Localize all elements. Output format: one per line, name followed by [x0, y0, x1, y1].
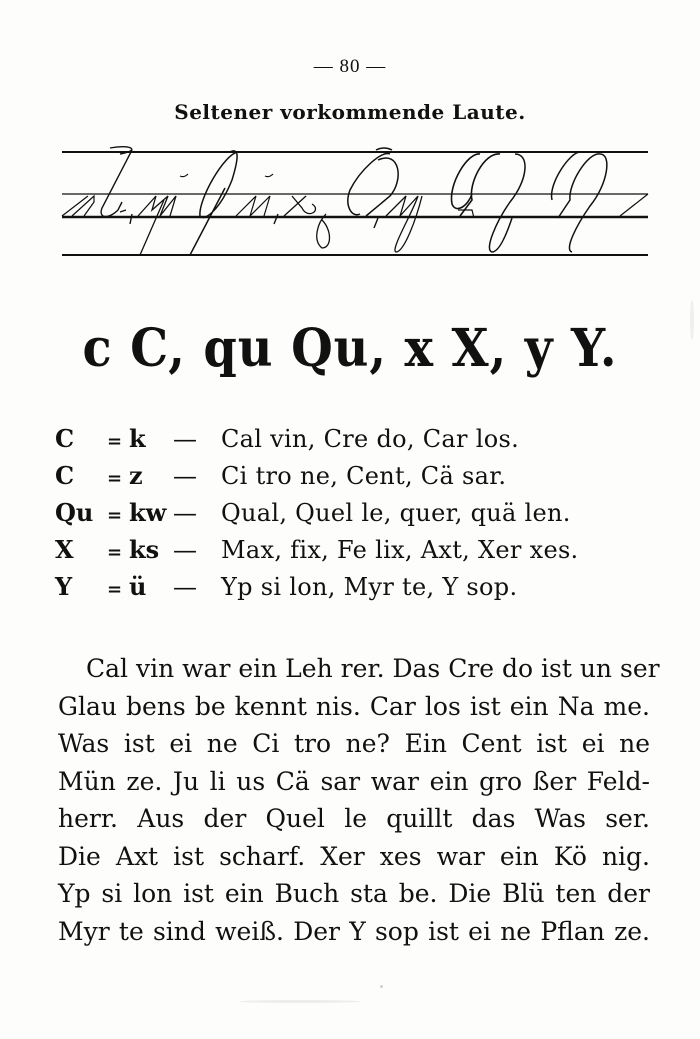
rule-examples: Ci tro ne, Cent, Cä sar. [221, 462, 655, 490]
scan-speck [240, 1000, 360, 1003]
section-title: Seltener vorkommende Laute. [0, 100, 700, 124]
reading-line: Die Axt ist scharf. Xer xes war ein Kö n… [58, 838, 650, 876]
em-dash: — [173, 573, 221, 601]
rule-row: X = ks — Max, fix, Fe lix, Axt, Xer xes. [55, 535, 655, 572]
rule-row: Qu = kw — Qual, Quel le, quer, quä len. [55, 498, 655, 535]
rule-examples: Yp si lon, Myr te, Y sop. [221, 573, 655, 601]
page-number: — 80 — [0, 56, 700, 78]
em-dash: — [173, 499, 221, 527]
em-dash: — [173, 462, 221, 490]
rule-letter: Y [55, 572, 107, 601]
reading-line: Mün ze. Ju li us Cä sar war ein gro ßer … [58, 763, 650, 801]
equals-sign: = [107, 579, 129, 600]
rule-row: C = k — Cal vin, Cre do, Car los. [55, 424, 655, 461]
handwriting-practice-lines [60, 140, 650, 270]
equals-sign: = [107, 505, 129, 526]
cursive-script-illustration [60, 140, 650, 270]
book-page: — 80 — Seltener vorkommende Laute. [0, 0, 700, 1039]
rule-examples: Qual, Quel le, quer, quä len. [221, 499, 655, 527]
rule-examples: Max, fix, Fe lix, Axt, Xer xes. [221, 536, 655, 564]
rule-letter: Qu [55, 498, 107, 527]
em-dash: — [173, 425, 221, 453]
rule-row: C = z — Ci tro ne, Cent, Cä sar. [55, 461, 655, 498]
pronunciation-rules: C = k — Cal vin, Cre do, Car los. C = z … [55, 424, 655, 609]
rule-sound: z [129, 461, 173, 490]
rule-letter: X [55, 535, 107, 564]
headline-letters: c C, qu Qu, x X, y Y. [28, 318, 672, 379]
rule-sound: ks [129, 535, 173, 564]
reading-line: Yp si lon ist ein Buch sta be. Die Blü t… [58, 875, 650, 913]
rule-row: Y = ü — Yp si lon, Myr te, Y sop. [55, 572, 655, 609]
rule-sound: kw [129, 498, 173, 527]
equals-sign: = [107, 542, 129, 563]
em-dash: — [173, 536, 221, 564]
rule-letter: C [55, 461, 107, 490]
scan-speck [380, 985, 383, 988]
reading-line: Cal vin war ein Leh rer. Das Cre do ist … [58, 650, 650, 688]
rule-letter: C [55, 424, 107, 453]
rule-sound: k [129, 424, 173, 453]
rule-sound: ü [129, 572, 173, 601]
equals-sign: = [107, 468, 129, 489]
rule-examples: Cal vin, Cre do, Car los. [221, 425, 655, 453]
equals-sign: = [107, 431, 129, 452]
reading-line: Was ist ei ne Ci tro ne? Ein Cent ist ei… [58, 725, 650, 763]
reading-passage: Cal vin war ein Leh rer. Das Cre do ist … [58, 650, 650, 950]
reading-line: Glau bens be kennt nis. Car los ist ein … [58, 688, 650, 726]
reading-line: Myr te sind weiß. Der Y sop ist ei ne Pf… [58, 913, 650, 951]
scan-speck [690, 300, 694, 340]
reading-line: herr. Aus der Quel le quillt das Was ser… [58, 800, 650, 838]
